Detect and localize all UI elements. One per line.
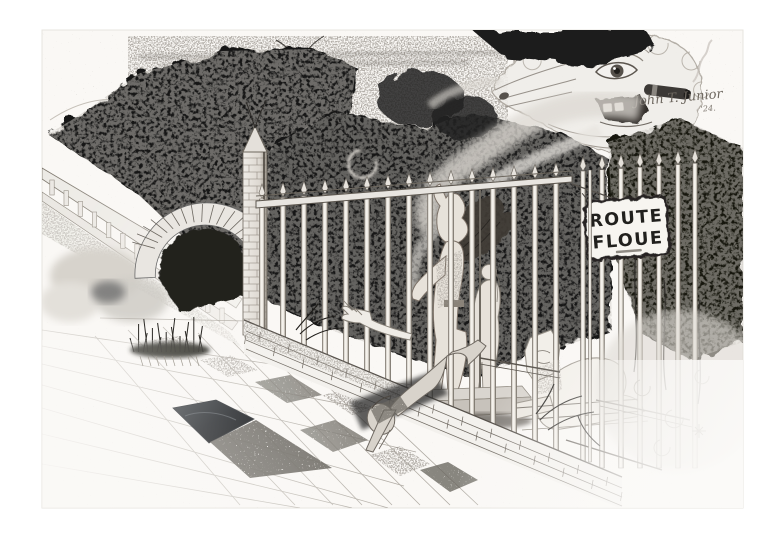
fence-bar [406,188,411,397]
white-fade-bottom-left [42,340,342,508]
artwork-page: John T. Junior '24. [0,0,770,541]
fence-bar [259,199,264,336]
baluster [121,233,125,248]
baluster [64,191,68,206]
baluster [92,212,96,227]
baluster [106,223,110,238]
fence-bar [343,193,348,371]
baluster [50,180,54,195]
fence-bar [364,191,369,379]
pencil-drawing-route-floue: John T. Junior '24. [0,0,770,541]
white-fade-bottom-right [460,360,743,508]
signature-year: '24. [700,103,716,113]
fence-bar [385,190,390,389]
baluster [78,201,82,216]
fence-bar [448,185,453,415]
fence-bar [280,197,285,344]
fence-bar [322,194,327,362]
